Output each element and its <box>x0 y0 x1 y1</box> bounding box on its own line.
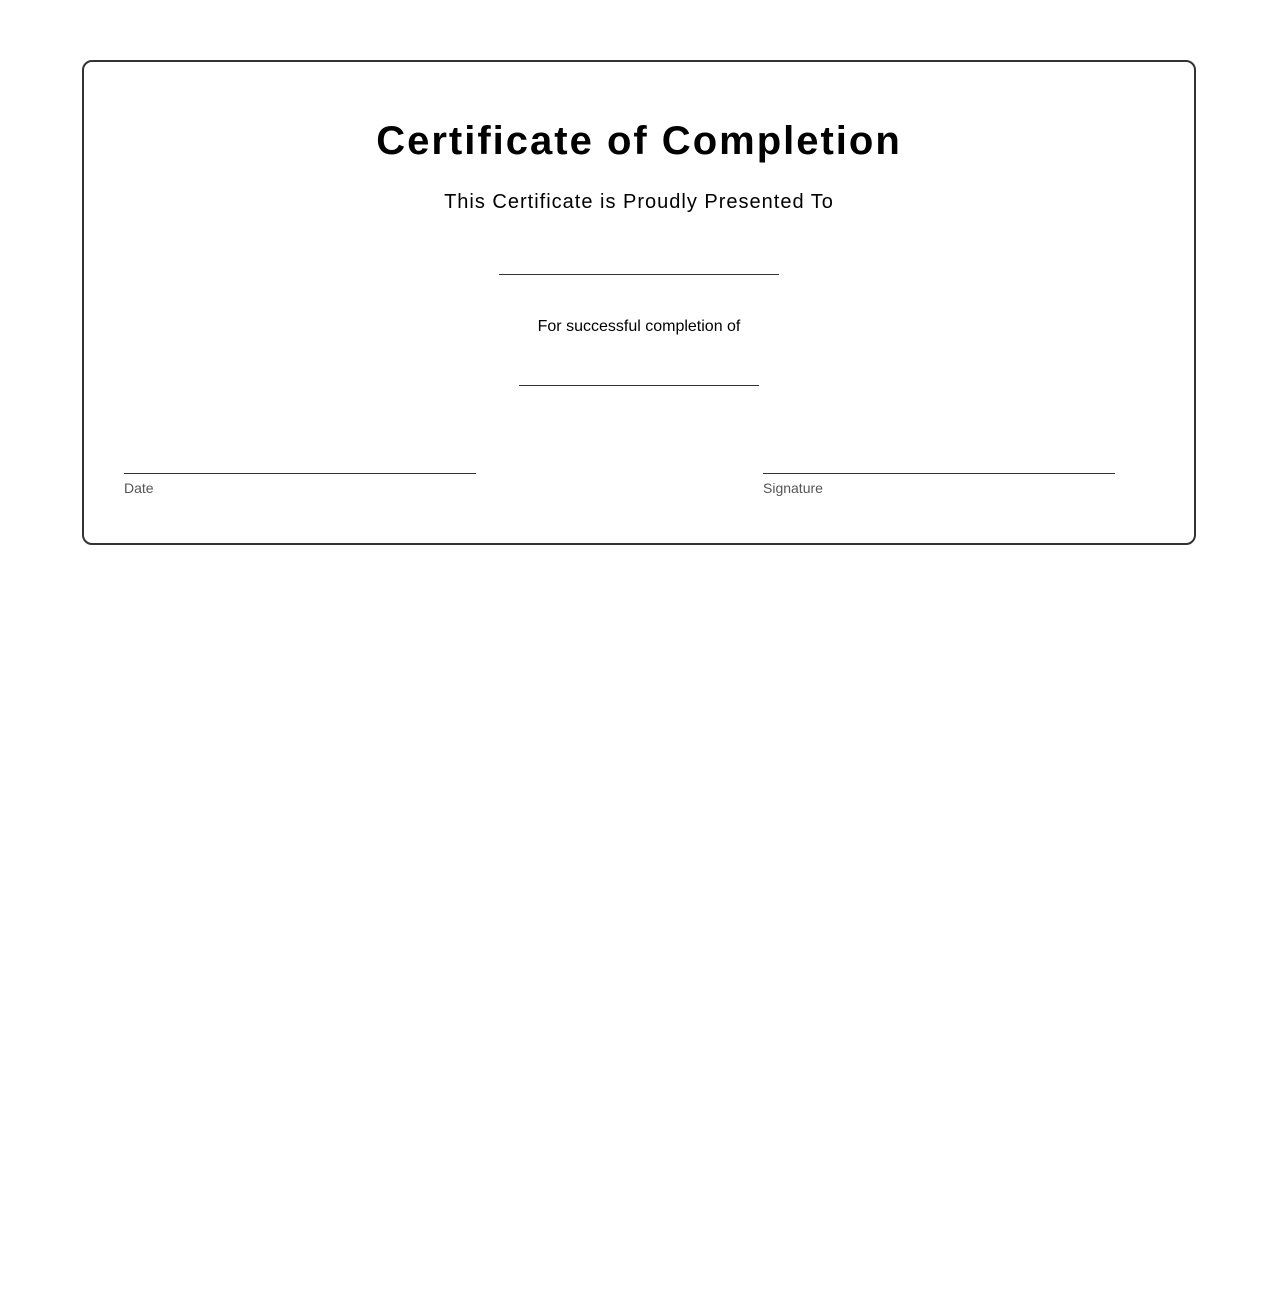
certificate-card: Certificate of Completion This Certifica… <box>82 60 1196 545</box>
signature-line <box>763 473 1115 474</box>
recipient-name-line <box>499 274 779 275</box>
certificate-subtitle: This Certificate is Proudly Presented To <box>84 191 1194 213</box>
date-block: Date <box>124 473 476 496</box>
course-name-line <box>519 385 759 386</box>
signature-label: Signature <box>763 480 1115 496</box>
completion-text: For successful completion of <box>84 318 1194 336</box>
date-label: Date <box>124 480 476 496</box>
certificate-title: Certificate of Completion <box>84 118 1194 164</box>
signature-block: Signature <box>763 473 1115 496</box>
date-line <box>124 473 476 474</box>
